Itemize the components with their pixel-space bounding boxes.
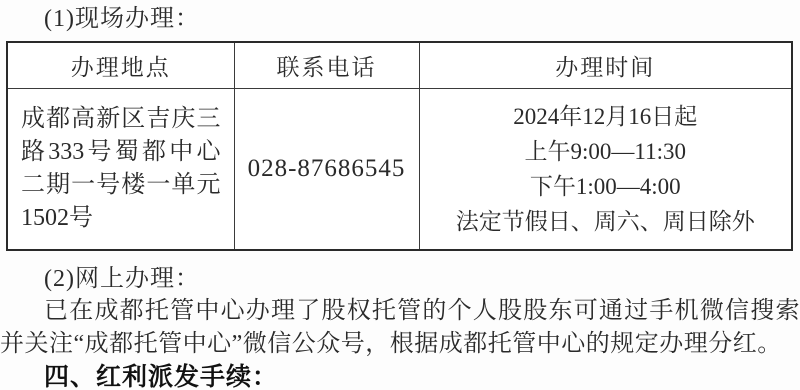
cell-contact-phone: 028-87686545 <box>234 88 419 250</box>
column-header-time: 办理时间 <box>419 42 792 88</box>
online-processing-paragraph: 已在成都托管中心办理了股权托管的个人股股东可通过手机微信搜索并关注“成都托管中心… <box>0 295 800 361</box>
column-header-location: 办理地点 <box>7 42 234 88</box>
section-label-online: (2)网上办理： <box>44 263 800 295</box>
column-header-phone: 联系电话 <box>234 42 419 88</box>
time-line-morning: 上午9:00—11:30 <box>420 134 792 169</box>
time-line-afternoon: 下午1:00—4:00 <box>420 169 792 204</box>
table-row: 成都高新区吉庆三路333号蜀都中心二期一号楼一单元1502号 028-87686… <box>7 88 792 250</box>
onsite-processing-table: 办理地点 联系电话 办理时间 成都高新区吉庆三路333号蜀都中心二期一号楼一单元… <box>6 41 793 251</box>
table-header-row: 办理地点 联系电话 办理时间 <box>7 42 792 88</box>
cell-processing-time: 2024年12月16日起 上午9:00—11:30 下午1:00—4:00 法定… <box>419 88 792 250</box>
time-line-start-date: 2024年12月16日起 <box>420 99 792 134</box>
document-page: (1)现场办理： 办理地点 联系电话 办理时间 成都高新区吉庆三路333号蜀都中… <box>0 0 800 390</box>
cell-processing-address: 成都高新区吉庆三路333号蜀都中心二期一号楼一单元1502号 <box>7 88 234 250</box>
time-line-exceptions: 法定节假日、周六、周日除外 <box>420 204 792 239</box>
dividend-distribution-heading: 四、红利派发手续： <box>44 362 800 390</box>
section-label-onsite: (1)现场办理： <box>44 0 800 35</box>
